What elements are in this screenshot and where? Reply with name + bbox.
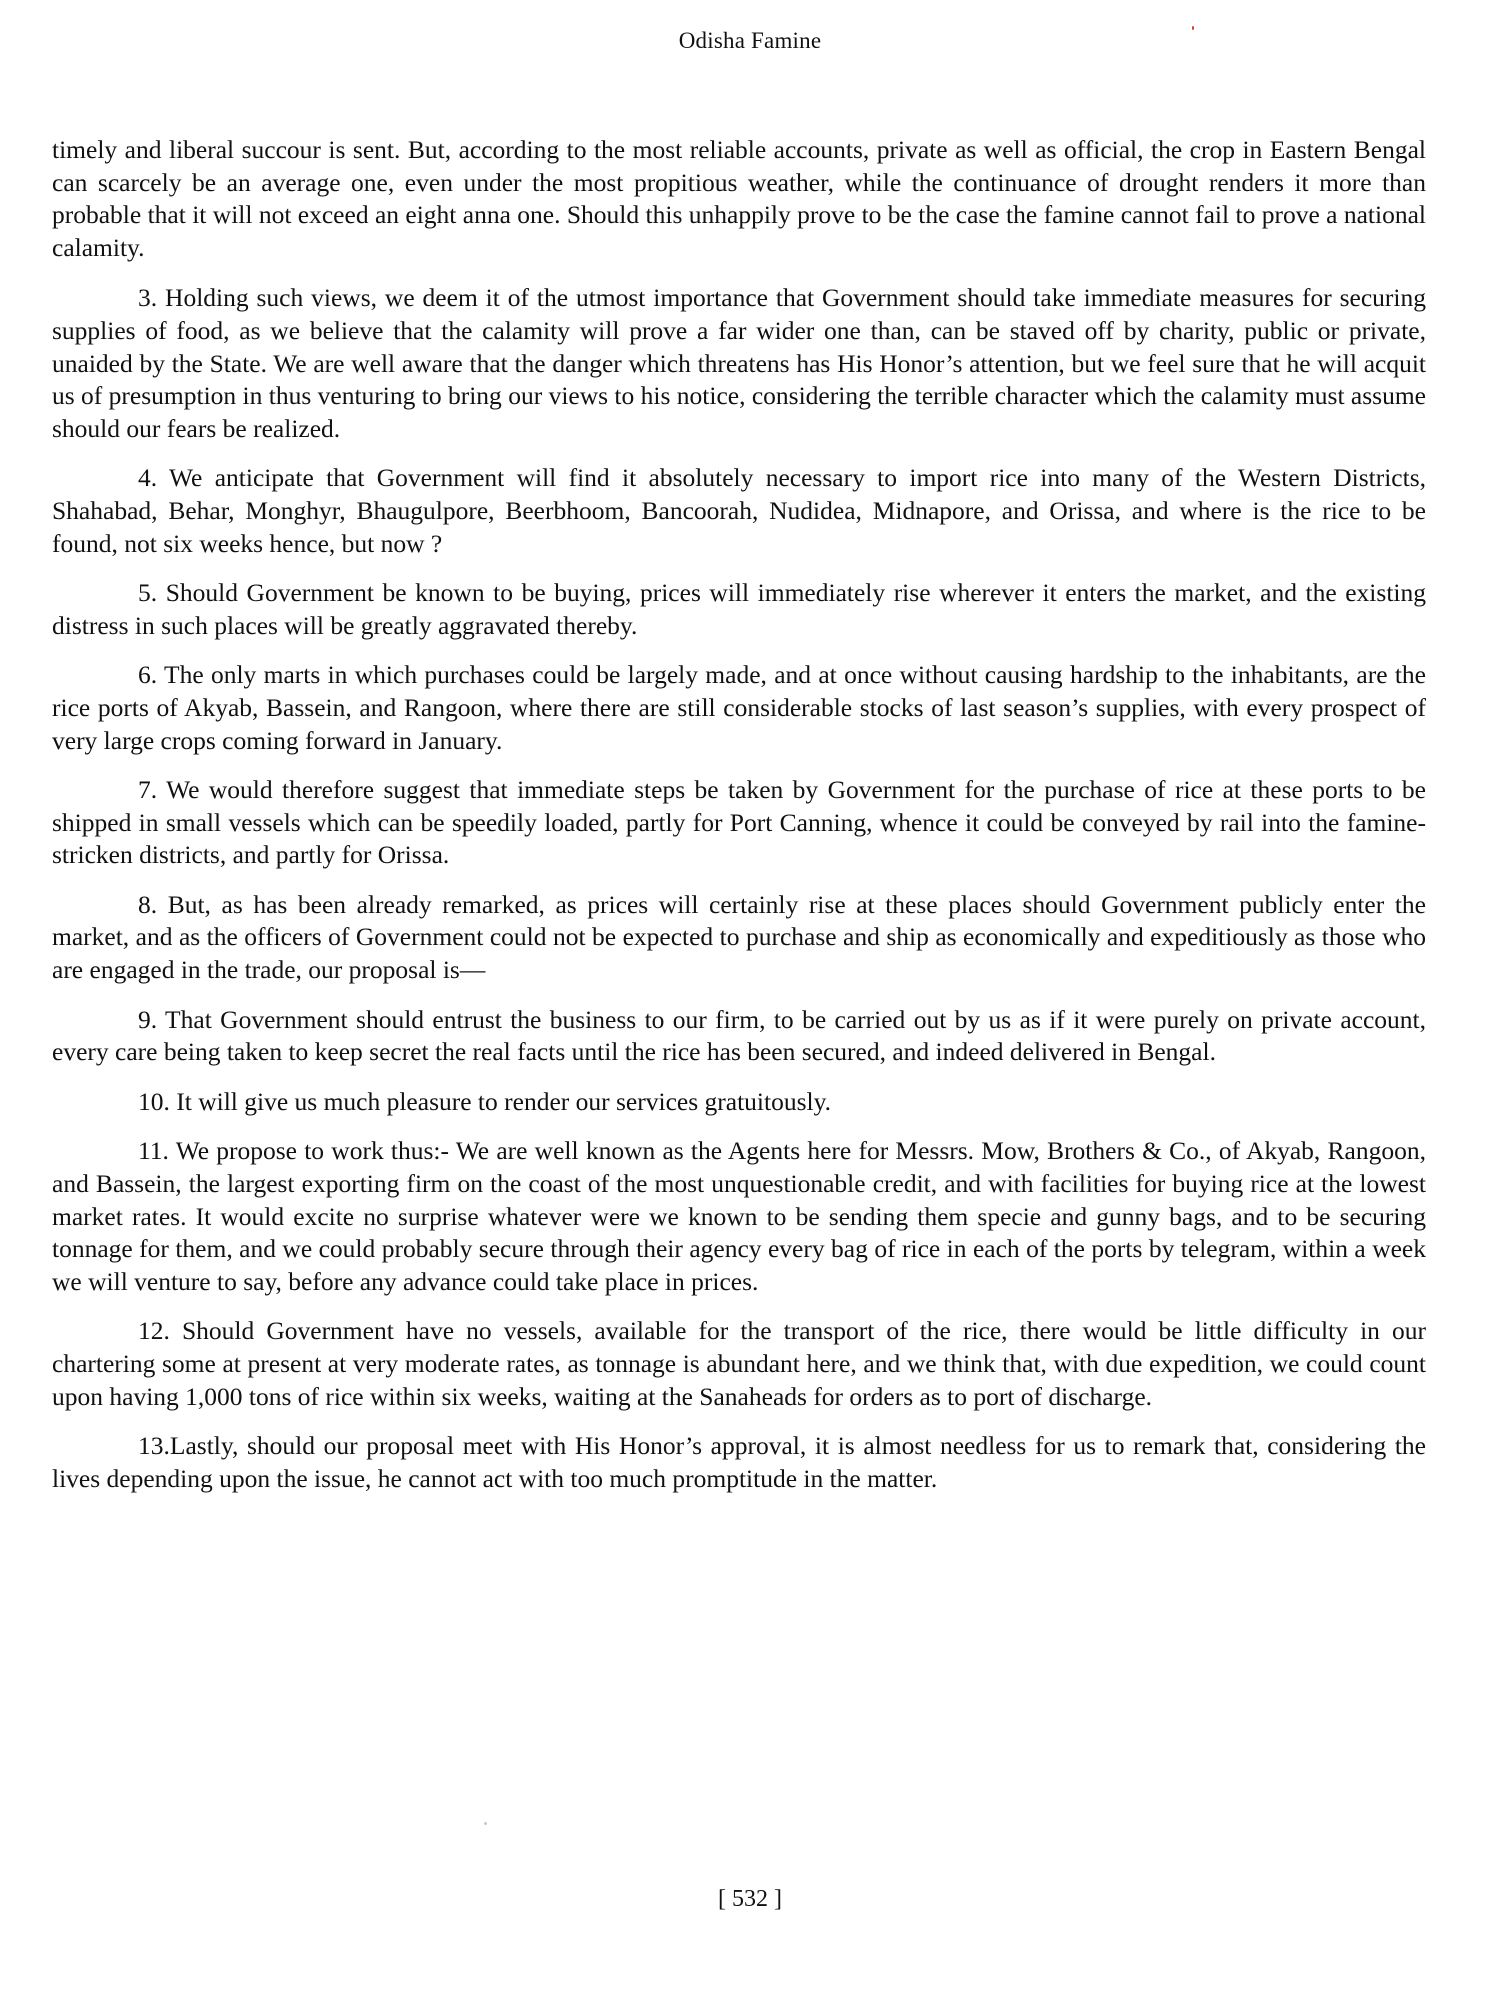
paragraph-13: 13.Lastly, should our proposal meet with…: [52, 1430, 1426, 1495]
paragraph-7: 7. We would therefore suggest that immed…: [52, 774, 1426, 872]
paragraph-9: 9. That Government should entrust the bu…: [52, 1004, 1426, 1069]
paragraph-6: 6. The only marts in which purchases cou…: [52, 659, 1426, 757]
paragraph-3: 3. Holding such views, we deem it of the…: [52, 282, 1426, 445]
paragraph-11: 11. We propose to work thus:- We are wel…: [52, 1135, 1426, 1298]
paragraph-5: 5. Should Government be known to be buyi…: [52, 577, 1426, 642]
page-number: [ 532 ]: [0, 1886, 1500, 1913]
paragraph-10: 10. It will give us much pleasure to ren…: [52, 1086, 1426, 1119]
paragraph-4: 4. We anticipate that Government will fi…: [52, 462, 1426, 560]
paragraph-continuation: timely and liberal succour is sent. But,…: [52, 134, 1426, 264]
paragraph-12: 12. Should Government have no vessels, a…: [52, 1315, 1426, 1413]
running-header: Odisha Famine: [0, 28, 1500, 54]
scan-speck: [484, 1822, 487, 1825]
document-body: timely and liberal succour is sent. But,…: [52, 134, 1426, 1512]
paragraph-8: 8. But, as has been already remarked, as…: [52, 889, 1426, 987]
scan-speck: [1192, 26, 1194, 30]
